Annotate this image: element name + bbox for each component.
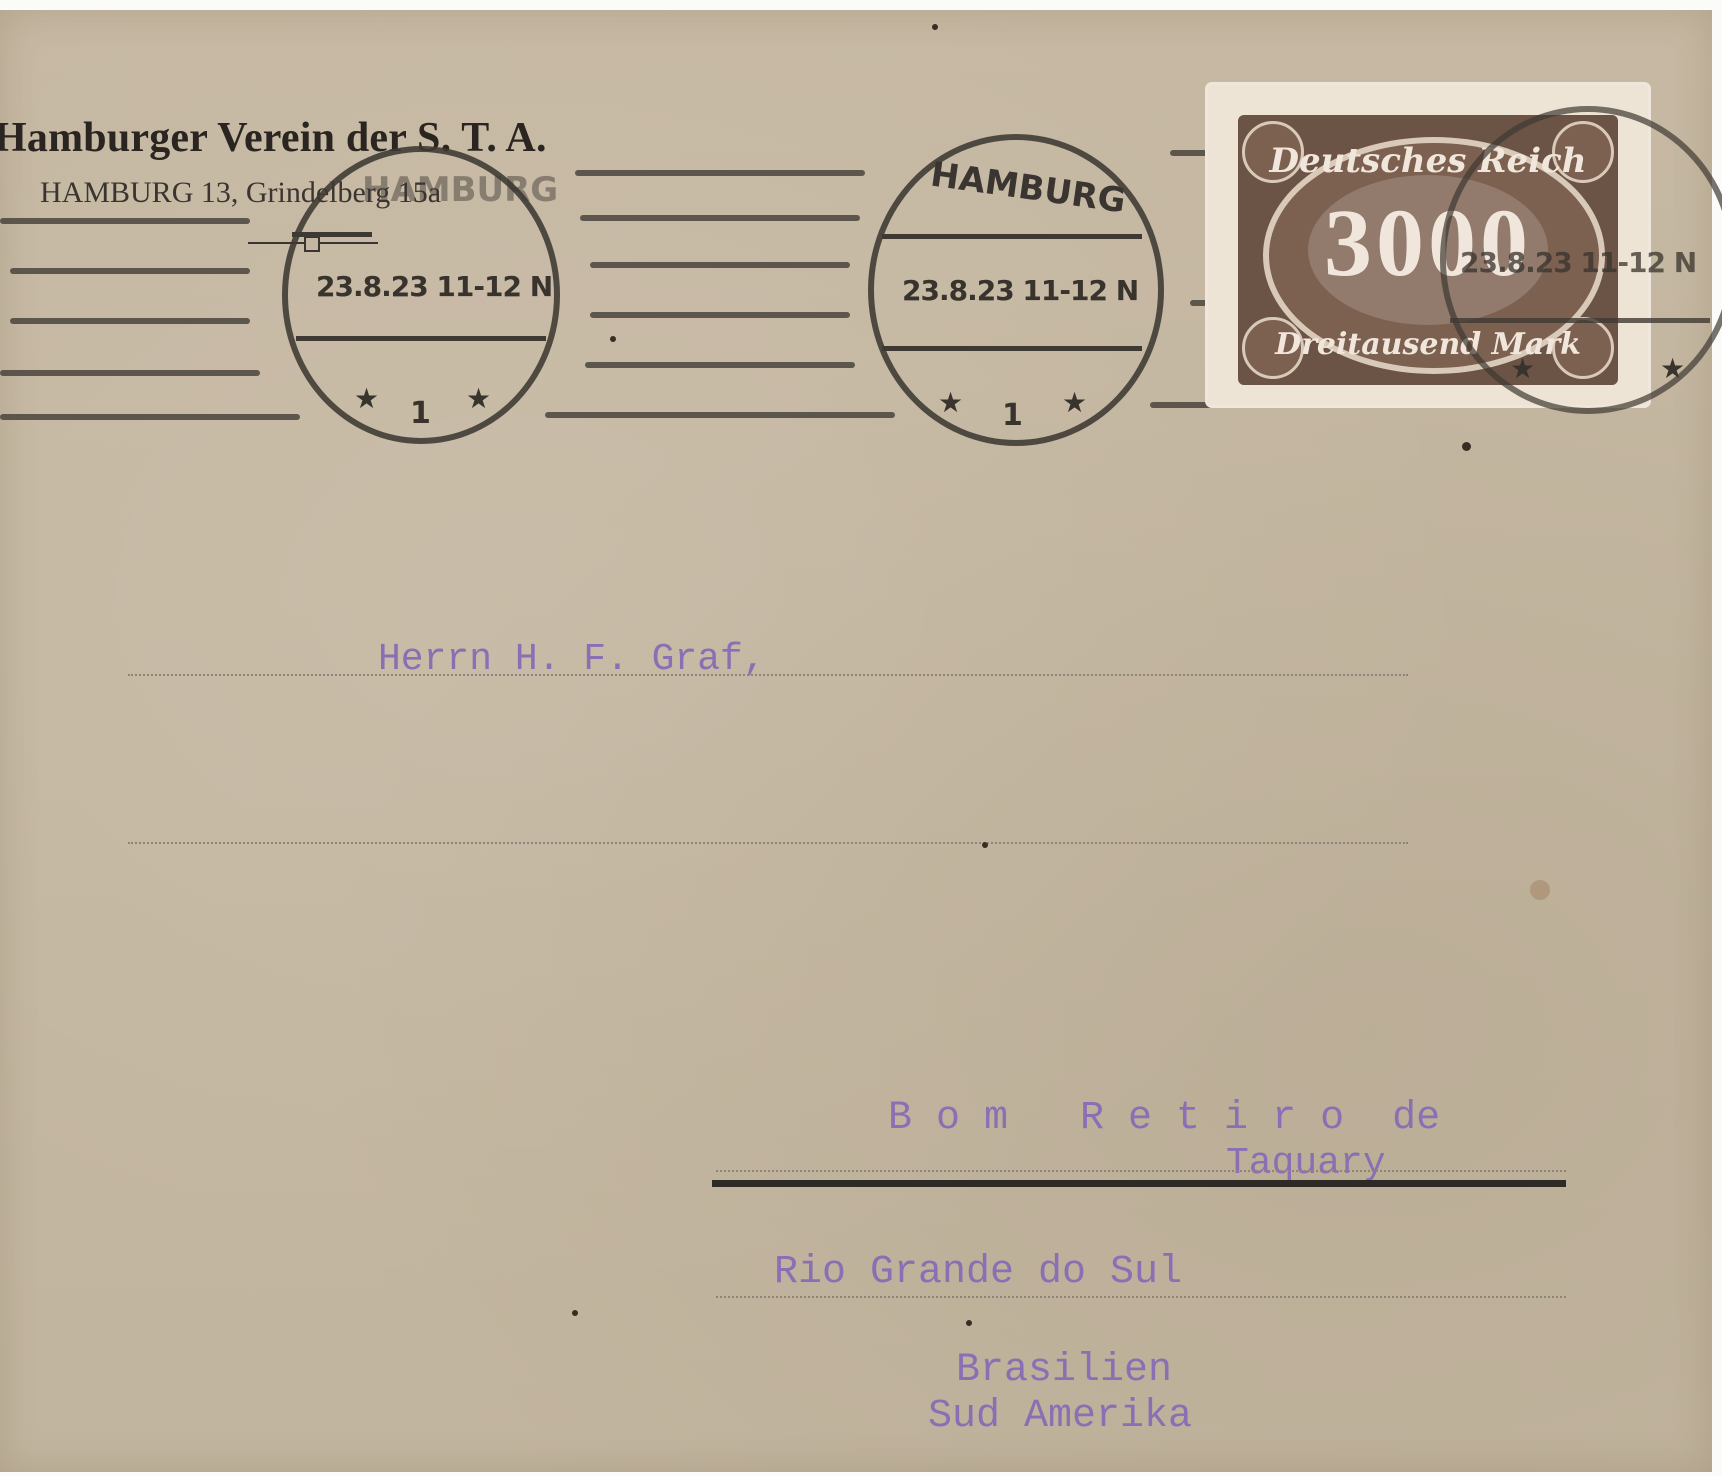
address-line-3 [716, 1170, 1566, 1172]
star-icon: ★ [354, 382, 379, 416]
speck [932, 24, 938, 30]
postmark-bar [1450, 318, 1710, 323]
star-icon: ★ [1660, 352, 1685, 386]
postmark-office: 1 [410, 396, 431, 431]
star-icon: ★ [466, 382, 491, 416]
recipient-place-sub: Taquary [1226, 1142, 1386, 1185]
address-line-1 [128, 674, 1408, 676]
postmark-bar [292, 232, 372, 237]
star-icon: ★ [938, 386, 963, 420]
recipient-continent: Sud Amerika [928, 1394, 1192, 1439]
recipient-country: Brasilien [956, 1348, 1172, 1393]
stain [1530, 880, 1550, 900]
cancel-wave-line [580, 215, 860, 221]
postmark-date: 23.8.23 11-12 N [316, 270, 552, 303]
cancel-wave-line [590, 262, 850, 268]
speck [572, 1310, 578, 1316]
postmark-date: 23.8.23 11-12 N [902, 274, 1138, 307]
postmark-date: 23.8.23 11-12 N [1460, 246, 1696, 279]
cancel-wave-line [585, 362, 855, 368]
star-icon: ★ [1062, 386, 1087, 420]
postmark-bar [882, 346, 1142, 351]
cancel-wave-line [0, 414, 300, 420]
cancel-wave-line [10, 268, 250, 274]
address-line-4 [716, 1296, 1566, 1298]
cancel-wave-line [0, 370, 260, 376]
cancel-wave-line [545, 412, 895, 418]
postmark-bar [882, 234, 1142, 239]
recipient-state: Rio Grande do Sul [774, 1250, 1182, 1295]
cancel-wave-line [0, 218, 250, 224]
speck [610, 336, 616, 342]
postmark-office: 1 [1002, 398, 1023, 433]
postmark-town: HAMBURG [362, 170, 558, 210]
address-line-2 [128, 842, 1408, 844]
postmark: HAMBURG 23.8.23 11-12 N ★ ★ 1 [868, 134, 1168, 444]
cancel-wave-line [10, 318, 250, 324]
postmark: 23.8.23 11-12 N ★ ★ [1430, 106, 1722, 416]
postmark: HAMBURG 23.8.23 11-12 N ★ ★ 1 [282, 146, 562, 446]
underline-rule [712, 1180, 1566, 1187]
speck [982, 842, 988, 848]
speck [1462, 442, 1471, 451]
star-icon: ★ [1510, 352, 1535, 386]
cancel-wave-line [590, 312, 850, 318]
speck [966, 1320, 972, 1326]
recipient-place: B o m R e t i r o de [888, 1096, 1440, 1141]
postmark-bar [296, 336, 546, 341]
cancel-wave-line [575, 170, 865, 176]
envelope: Hamburger Verein der S. T. A. HAMBURG 13… [0, 10, 1712, 1472]
